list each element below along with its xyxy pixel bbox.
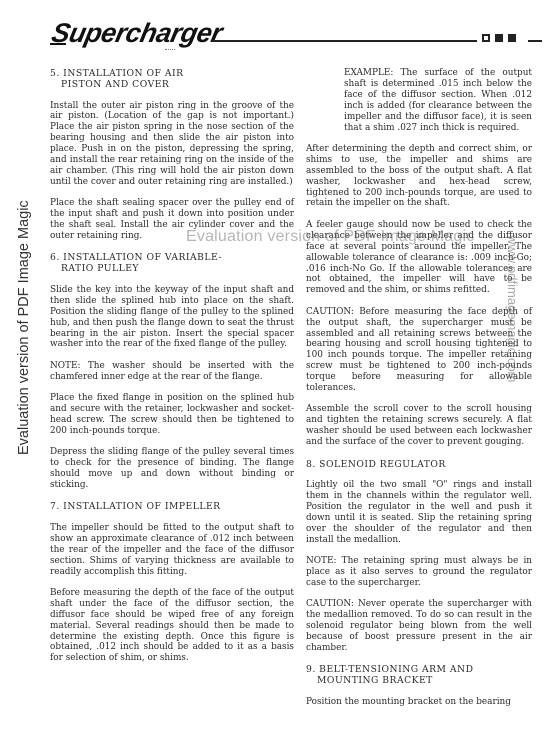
heading-line: 6. INSTALLATION OF VARIABLE-	[50, 252, 222, 263]
caution: CAUTION: Before measuring the face depth…	[306, 307, 532, 394]
header-rule-end	[528, 40, 542, 42]
heading-line: MOUNTING BRACKET	[306, 675, 532, 686]
square-filled-icon	[508, 34, 516, 42]
square-filled-icon	[495, 34, 503, 42]
paragraph: The impeller should be fitted to the out…	[50, 523, 294, 578]
supercharger-logo: Supercharger	[49, 18, 225, 49]
paragraph: Depress the sliding flange of the pulley…	[50, 447, 294, 491]
square-icon	[482, 34, 490, 42]
note: NOTE: The retaining spring must always b…	[306, 556, 532, 589]
paragraph: Before measuring the depth of the face o…	[50, 588, 294, 664]
right-column: EXAMPLE: The surface of the output shaft…	[306, 68, 532, 718]
paragraph: Place the fixed flange in position on th…	[50, 393, 294, 437]
note: NOTE: The washer should be inserted with…	[50, 361, 294, 383]
header-squares	[482, 34, 516, 42]
page-header: Supercharger 19	[50, 16, 540, 50]
watermark-left: Evaluation version of PDF Image Magic	[16, 155, 32, 455]
heading-line: PISTON AND COVER	[50, 79, 294, 90]
section-9-heading: 9. BELT-TENSIONING ARM AND MOUNTING BRAC…	[306, 664, 532, 686]
watermark-right: www.pdfimagemagic.com	[505, 235, 520, 382]
example-block: EXAMPLE: The surface of the output shaft…	[344, 68, 532, 133]
paragraph: After determining the depth and correct …	[306, 144, 532, 209]
paragraph: Install the outer air piston ring in the…	[50, 101, 294, 188]
left-column: 5. INSTALLATION OF AIR PISTON AND COVER …	[50, 68, 294, 675]
header-rule	[212, 40, 477, 42]
section-6-heading: 6. INSTALLATION OF VARIABLE- RATIO PULLE…	[50, 252, 294, 274]
section-7-heading: 7. INSTALLATION OF IMPELLER	[50, 501, 294, 512]
paragraph: Assemble the scroll cover to the scroll …	[306, 404, 532, 448]
paragraph: Position the mounting bracket on the bea…	[306, 697, 532, 708]
heading-line: 9. BELT-TENSIONING ARM AND	[306, 664, 473, 675]
section-8-heading: 8. SOLENOID REGULATOR	[306, 459, 532, 470]
watermark-middle: Evaluation version of PDF Image Magic	[186, 228, 474, 246]
paragraph: Lightly oil the two small "O" rings and …	[306, 480, 532, 545]
heading-line: 5. INSTALLATION OF AIR	[50, 68, 184, 79]
logo-dots	[165, 49, 175, 50]
paragraph: Slide the key into the keyway of the inp…	[50, 285, 294, 350]
caution: CAUTION: Never operate the supercharger …	[306, 599, 532, 654]
heading-line: RATIO PULLEY	[50, 263, 294, 274]
section-5-heading: 5. INSTALLATION OF AIR PISTON AND COVER	[50, 68, 294, 90]
